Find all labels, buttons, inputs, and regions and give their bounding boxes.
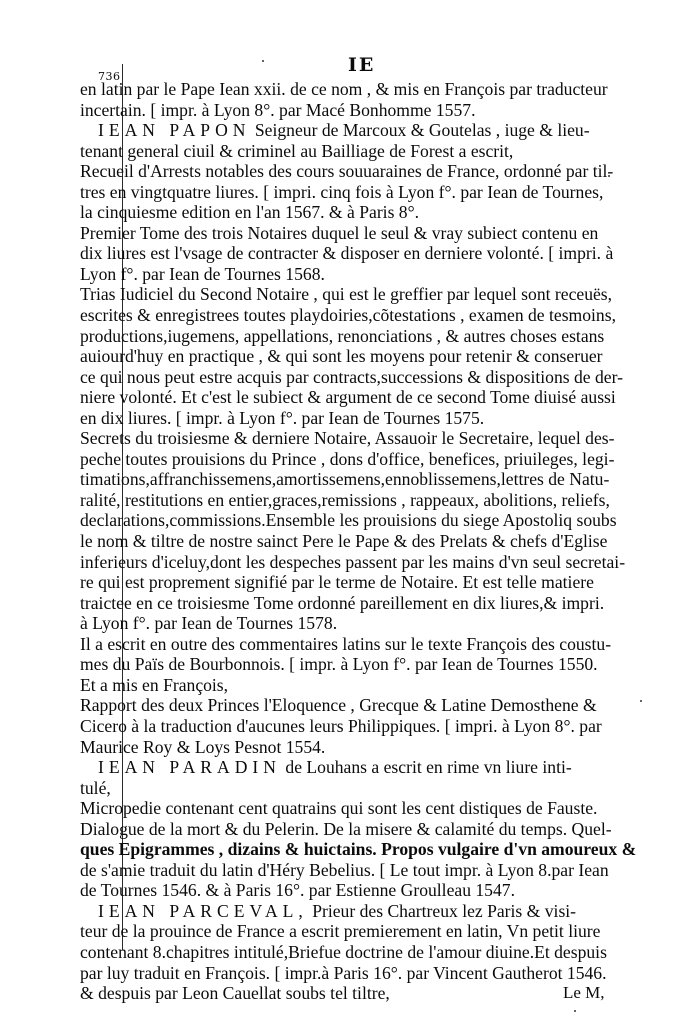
- entry-heading-papon: IEAN PAPON Seigneur de Marcoux & Goutela…: [80, 120, 686, 141]
- scan-speck: [640, 700, 642, 702]
- text-line: en dix liures. [ impr. à Lyon f°. par Ie…: [80, 408, 686, 429]
- scan-speck: [608, 175, 610, 177]
- text-line: tulé,: [80, 778, 686, 799]
- text-line: tenant general ciuil & criminel au Baill…: [80, 141, 686, 162]
- text-line: auiourd'huy en practique , & qui sont le…: [80, 346, 686, 367]
- text-line: teur de la prouince de France a escrit p…: [80, 921, 686, 942]
- text-line: ce qui nous peut estre acquis par contra…: [80, 367, 686, 388]
- text-line: la cinquiesme edition en l'an 1567. & à …: [80, 202, 686, 223]
- running-head: IE: [348, 54, 375, 76]
- text-line: peche toutes prouisions du Prince , dons…: [80, 449, 686, 470]
- text-line: re qui est proprement signifié par le te…: [80, 572, 686, 593]
- text-line: Dialogue de la mort & du Pelerin. De la …: [80, 819, 686, 840]
- text-line: Secrets du troisiesme & derniere Notaire…: [80, 428, 686, 449]
- text-line: Rapport des deux Princes l'Eloquence , G…: [80, 695, 686, 716]
- text-line: niere volonté. Et c'est le subiect & arg…: [80, 387, 686, 408]
- text-line: de s'amie traduit du latin d'Héry Bebeli…: [80, 860, 686, 881]
- text-line: Trias Iudiciel du Second Notaire , qui e…: [80, 284, 686, 305]
- body-text: en latin par le Pape Iean xxii. de ce no…: [80, 79, 686, 1004]
- book-page: 736 IE en latin par le Pape Iean xxii. d…: [0, 0, 696, 1024]
- text-line: mes du Païs de Bourbonnois. [ impr. à Ly…: [80, 654, 686, 675]
- text-line: Lyon f°. par Iean de Tournes 1568.: [80, 264, 686, 285]
- text-line: incertain. [ impr. à Lyon 8°. par Macé B…: [80, 100, 686, 121]
- text-line: Cicero à la traduction d'aucunes leurs P…: [80, 716, 686, 737]
- text-line: escrites & enregistrees toutes playdoiri…: [80, 305, 686, 326]
- text-line: Il a escrit en outre des commentaires la…: [80, 634, 686, 655]
- text-line: Et a mis en François,: [80, 675, 686, 696]
- text-line: le nom & tiltre de nostre sainct Pere le…: [80, 531, 686, 552]
- entry-heading-paradin: IEAN PARADIN de Louhans a escrit en rime…: [80, 757, 686, 778]
- text-line: Micropedie contenant cent quatrains qui …: [80, 798, 686, 819]
- entry-text: Seigneur de Marcoux & Goutelas , iuge & …: [251, 120, 590, 140]
- entry-heading-parceval: IEAN PARCEVAL, Prieur des Chartreux lez …: [80, 901, 686, 922]
- catchword: Le M,: [563, 983, 605, 1003]
- text-line: en latin par le Pape Iean xxii. de ce no…: [80, 79, 686, 100]
- text-line: de Tournes 1546. & à Paris 16°. par Esti…: [80, 880, 686, 901]
- text-line: traictee en ce troisiesme Tome ordonné p…: [80, 593, 686, 614]
- text-line: ques Epigrammes , dizains & huictains. P…: [80, 839, 686, 860]
- text-line: inferieurs d'iceluy,dont les despeches p…: [80, 552, 686, 573]
- author-name: IEAN PARADIN: [98, 757, 281, 777]
- scan-speck: [574, 1010, 576, 1012]
- entry-text: Prieur des Chartreux lez Paris & visi-: [308, 901, 576, 921]
- text-line: timations,affranchissemens,amortissemens…: [80, 469, 686, 490]
- text-line: dix liures est l'vsage de contracter & d…: [80, 243, 686, 264]
- text-line: contenant 8.chapitres intitulé,Briefue d…: [80, 942, 686, 963]
- text-line: Recueil d'Arrests notables des cours sou…: [80, 161, 686, 182]
- entry-text: de Louhans a escrit en rime vn liure int…: [281, 757, 572, 777]
- text-line: tres en vingtquatre liures. [ impri. cin…: [80, 182, 686, 203]
- text-line: declarations,commissions.Ensemble les pr…: [80, 510, 686, 531]
- author-name: IEAN PAPON: [98, 120, 251, 140]
- text-line: par luy traduit en François. [ impr.à Pa…: [80, 963, 686, 984]
- author-name: IEAN PARCEVAL,: [98, 901, 308, 921]
- scan-speck: [262, 60, 264, 62]
- text-line: ralité, restitutions en entier,graces,re…: [80, 490, 686, 511]
- text-line: Maurice Roy & Loys Pesnot 1554.: [80, 737, 686, 758]
- text-line: productions,iugemens, appellations, reno…: [80, 326, 686, 347]
- text-line: à Lyon f°. par Iean de Tournes 1578.: [80, 613, 686, 634]
- text-line: Premier Tome des trois Notaires duquel l…: [80, 223, 686, 244]
